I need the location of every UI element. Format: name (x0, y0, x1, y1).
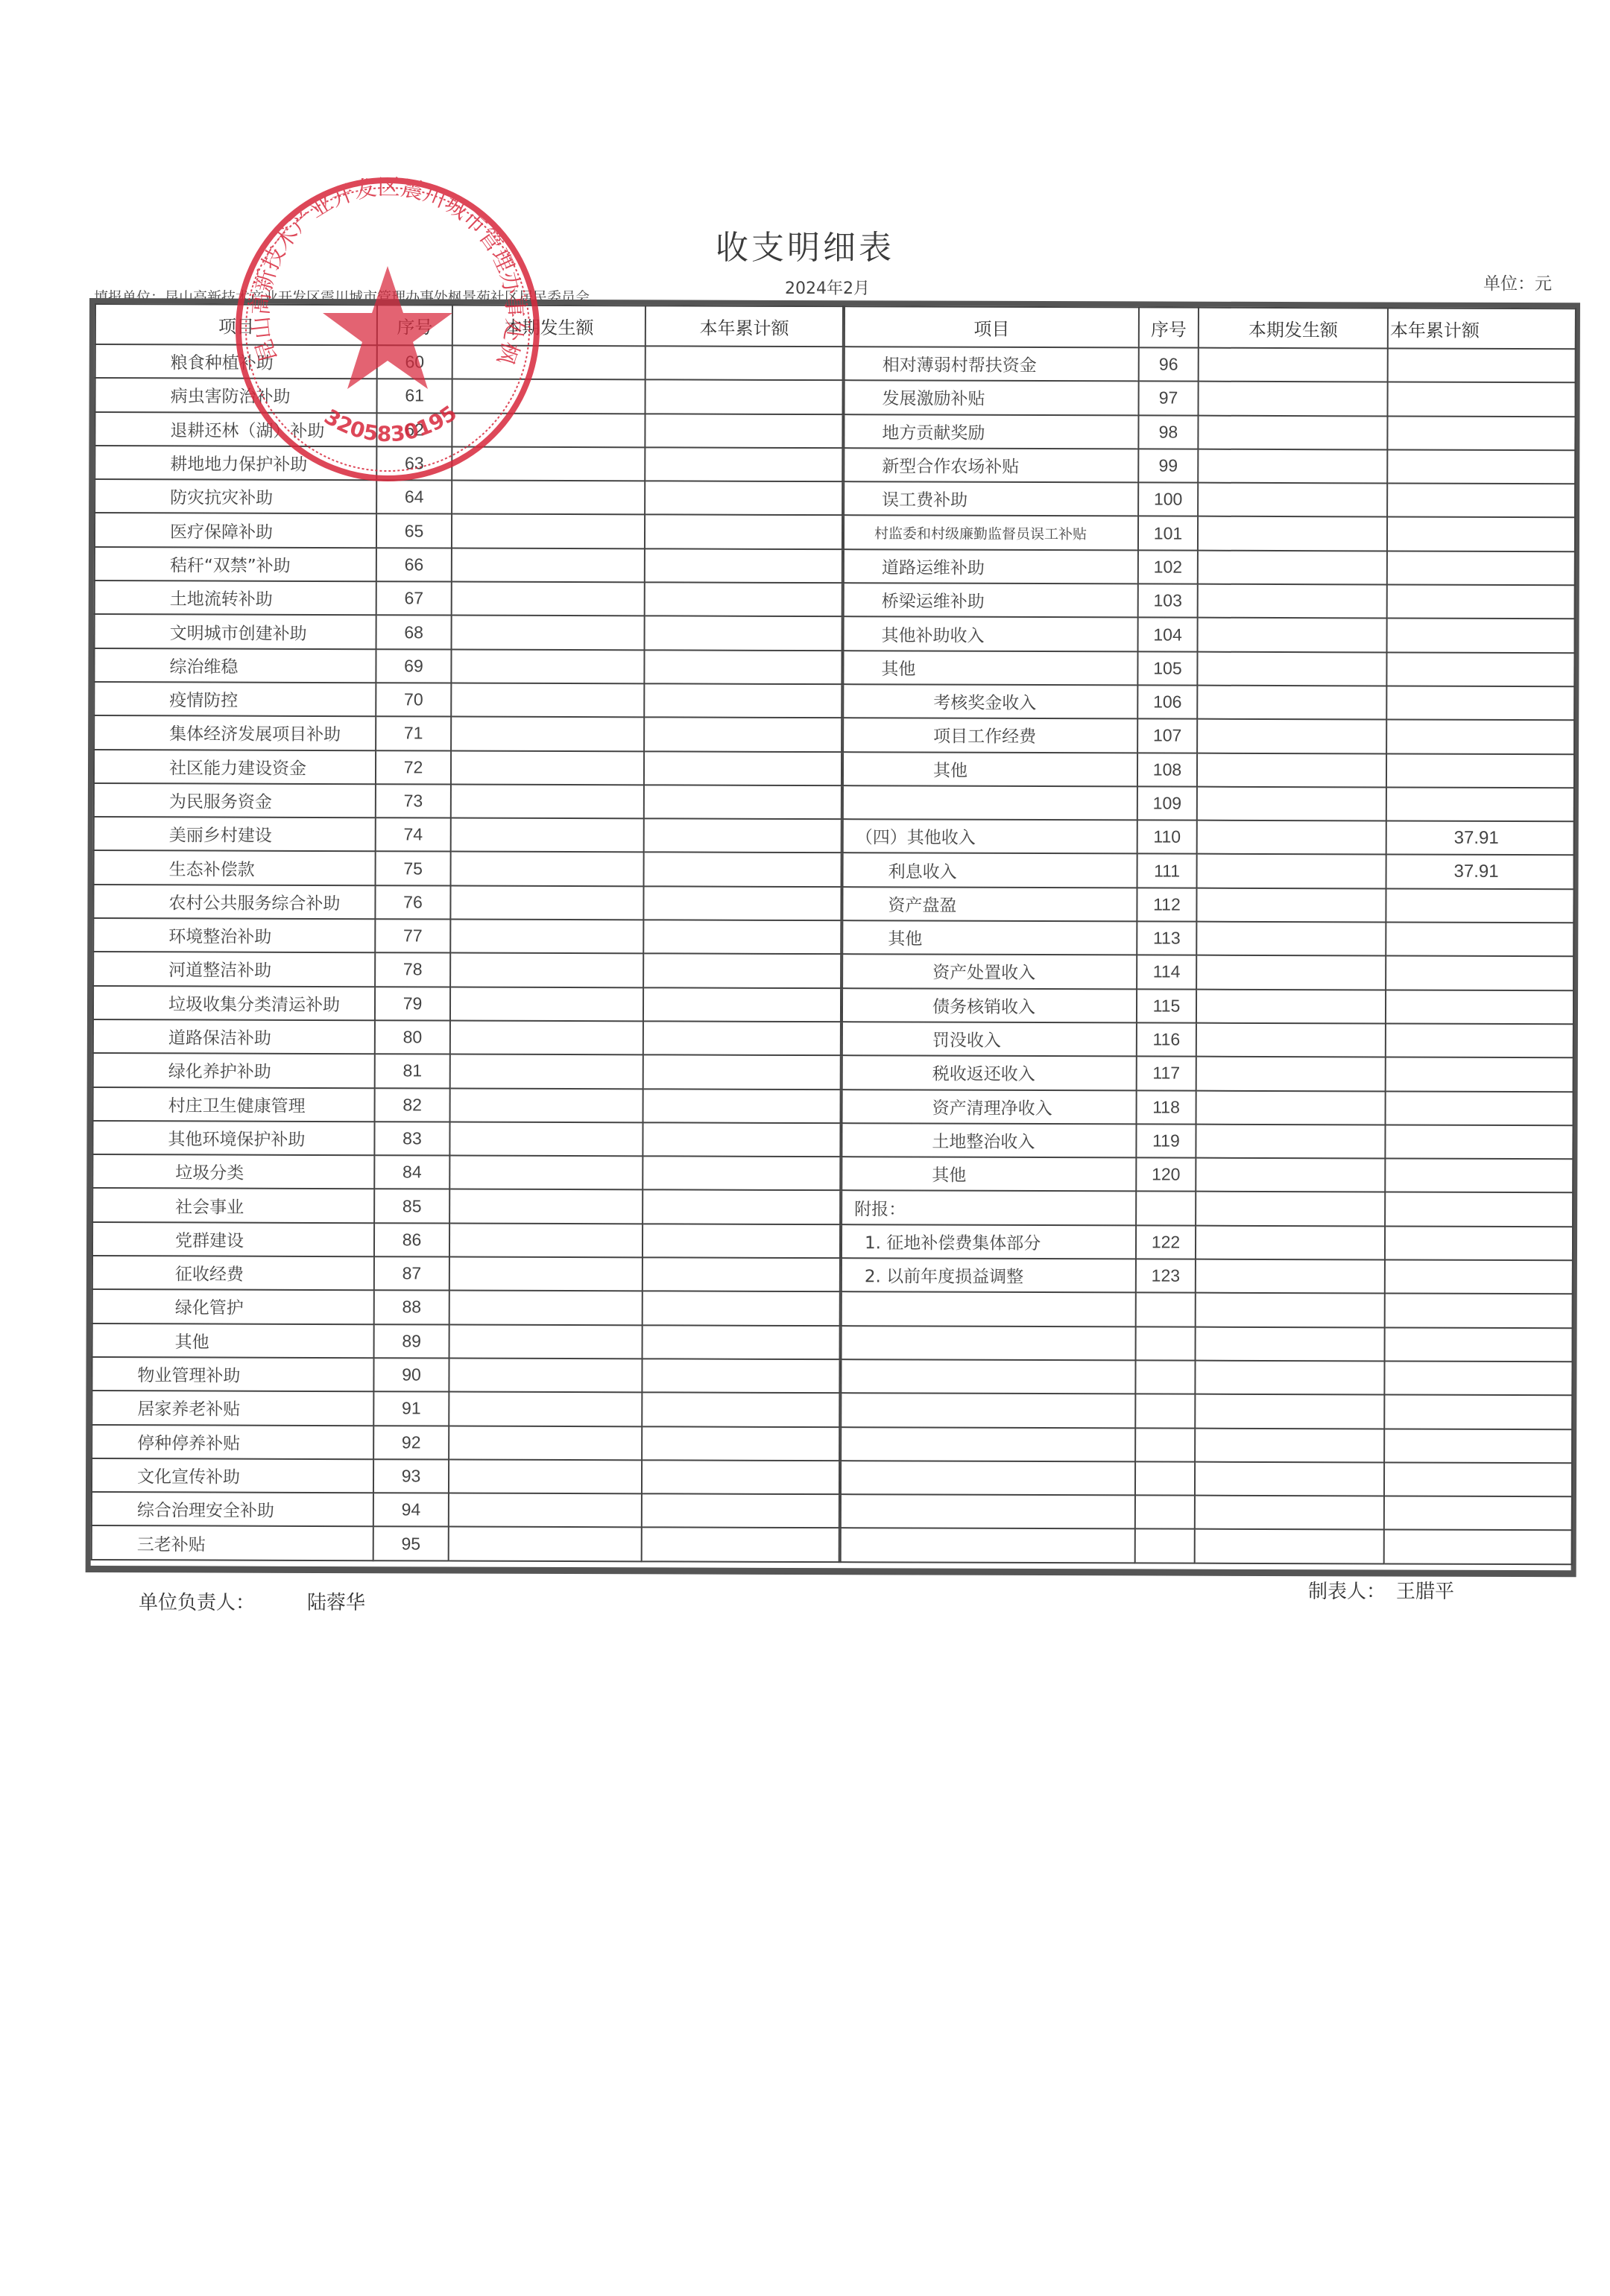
ytd-amount-cell (643, 1021, 841, 1055)
current-amount-cell (1197, 719, 1386, 753)
current-amount-cell (449, 1426, 643, 1460)
ytd-amount-cell (642, 1493, 839, 1528)
ytd-amount-cell (643, 987, 841, 1022)
table-row: 河道整洁补助78 (93, 952, 841, 987)
current-amount-cell (1198, 516, 1387, 551)
seq-cell: 99 (1138, 449, 1198, 483)
unit-leader: 单位负责人：陆蓉华 (139, 1587, 365, 1615)
item-cell: 地方贡献奖励 (844, 414, 1138, 449)
table-row (841, 1528, 1572, 1564)
seq-cell: 73 (376, 784, 451, 818)
ytd-amount-cell (643, 1325, 840, 1359)
table-row: 村监委和村级廉勤监督员误工补贴101 (844, 516, 1575, 551)
left-table-body: 粮食种植补助60病虫害防治补助61退耕还林（湖）补助62耕地地力保护补助63防灾… (92, 344, 843, 1562)
table-row: 其他113 (842, 920, 1573, 956)
current-amount-cell (449, 1459, 643, 1493)
current-amount-cell (1198, 584, 1387, 619)
ytd-amount-cell (1386, 1091, 1573, 1125)
ytd-amount-cell (1388, 382, 1576, 417)
item-cell: 河道整洁补助 (93, 952, 375, 986)
ytd-amount-cell (643, 1393, 840, 1427)
seq-cell: 110 (1137, 820, 1197, 855)
item-cell: 其他 (92, 1323, 374, 1358)
ytd-amount-cell (643, 1156, 841, 1190)
item-cell: 退耕还林（湖）补助 (95, 412, 376, 446)
item-cell: 桥梁运维补助 (844, 583, 1138, 618)
current-amount-cell (1197, 854, 1386, 888)
item-cell: 其他 (843, 651, 1137, 686)
table-row: 地方贡献奖励98 (844, 414, 1575, 450)
table-row: 综治维稳69 (94, 648, 842, 684)
current-amount-cell (1195, 1394, 1384, 1429)
seq-cell: 65 (376, 514, 452, 548)
seq-cell: 96 (1139, 347, 1199, 382)
seq-cell: 120 (1136, 1158, 1196, 1192)
current-amount-cell (1197, 787, 1386, 821)
item-cell: 道路保洁补助 (93, 1019, 375, 1054)
seq-cell: 67 (376, 581, 452, 616)
table-row: 道路运维补助102 (844, 549, 1575, 585)
table-row: 绿化养护补助81 (93, 1053, 841, 1089)
seq-cell: 88 (374, 1291, 449, 1325)
seq-cell: 63 (376, 446, 452, 481)
item-cell: 防灾抗灾补助 (95, 479, 376, 513)
current-amount-cell (1197, 651, 1386, 686)
table-row: 美丽乡村建设74 (94, 817, 842, 853)
seq-cell: 104 (1138, 618, 1198, 652)
seq-cell: 122 (1136, 1225, 1196, 1259)
seq-cell: 103 (1138, 584, 1198, 618)
item-cell: 道路运维补助 (844, 549, 1138, 584)
header-seq: 序号 (1139, 307, 1199, 347)
current-amount-cell (451, 717, 645, 751)
table-row: 耕地地力保护补助63 (95, 446, 842, 481)
item-cell (842, 1291, 1136, 1326)
right-table: 项目 序号 本期发生额 本年累计额 相对薄弱村帮扶资金96发展激励补贴97地方贡… (840, 306, 1575, 1565)
ytd-amount-cell (1386, 652, 1574, 686)
table-row: 防灾抗灾补助64 (95, 479, 842, 515)
current-amount-cell (451, 784, 645, 818)
item-cell (841, 1359, 1135, 1394)
seq-cell: 85 (374, 1189, 449, 1224)
item-cell: （四）其他收入 (843, 819, 1137, 854)
current-amount-cell (452, 413, 645, 447)
seq-cell: 89 (374, 1324, 449, 1359)
ytd-amount-cell (1385, 1192, 1573, 1227)
item-cell: 其他补助收入 (844, 617, 1138, 652)
seq-cell (1135, 1360, 1195, 1394)
seq-cell: 119 (1136, 1124, 1196, 1158)
item-cell: 美丽乡村建设 (94, 817, 376, 851)
current-amount-cell (1198, 449, 1387, 484)
table-row: 新型合作农场补贴99 (844, 448, 1575, 484)
seq-cell (1136, 1293, 1196, 1327)
seq-cell: 71 (376, 716, 451, 750)
seq-cell: 94 (373, 1493, 449, 1527)
ytd-amount-cell (1386, 956, 1573, 990)
ytd-amount-cell (644, 718, 842, 752)
current-amount-cell (450, 852, 644, 886)
ytd-amount-cell (1387, 619, 1575, 653)
table-row: 债务核销收入115 (842, 988, 1573, 1024)
ytd-amount-cell (643, 954, 841, 988)
ytd-amount-cell (1385, 1327, 1573, 1362)
table-row: 垃圾收集分类清运补助79 (93, 986, 841, 1022)
current-amount-cell (449, 1358, 643, 1392)
seq-cell (1135, 1529, 1195, 1563)
table-row: 社区能力建设资金72 (94, 750, 842, 785)
item-cell: 秸秆“双禁”补助 (95, 547, 376, 581)
header-current: 本期发生额 (1199, 308, 1388, 349)
current-amount-cell (1199, 382, 1388, 416)
unit-leader-name: 陆蓉华 (307, 1592, 365, 1614)
table-row: 其他120 (842, 1157, 1573, 1192)
header-seq: 序号 (377, 305, 452, 345)
item-cell: 绿化管护 (92, 1289, 374, 1323)
header-item: 项目 (95, 304, 377, 345)
table-row: 其他补助收入104 (844, 617, 1575, 653)
item-cell: 疫情防控 (94, 682, 376, 716)
table-row: 生态补偿款75 (94, 850, 842, 886)
seq-cell: 117 (1137, 1057, 1196, 1091)
current-amount-cell (1198, 483, 1387, 517)
ytd-amount-cell (645, 346, 843, 380)
seq-cell: 66 (376, 548, 452, 582)
item-cell: 党群建设 (92, 1222, 374, 1256)
seq-cell: 111 (1137, 854, 1197, 888)
table-row: 其他89 (92, 1323, 840, 1359)
ytd-amount-cell (645, 650, 842, 684)
table-row: 党群建设86 (92, 1222, 840, 1258)
item-cell: 病虫害防治补助 (95, 378, 377, 412)
seq-cell (1135, 1428, 1195, 1462)
item-cell: 三老补贴 (92, 1525, 373, 1560)
table-row: 环境整治补助77 (93, 918, 841, 954)
seq-cell: 90 (374, 1358, 449, 1392)
table-row: 社会事业85 (92, 1188, 840, 1224)
ytd-amount-cell (643, 1359, 840, 1393)
seq-cell: 61 (377, 379, 452, 414)
current-amount-cell (452, 481, 645, 515)
current-amount-cell (450, 1054, 644, 1089)
current-amount-cell (451, 683, 645, 717)
current-amount-cell (449, 1223, 643, 1257)
ytd-amount-cell (644, 785, 842, 819)
right-table-body: 相对薄弱村帮扶资金96发展激励补贴97地方贡献奖励98新型合作农场补贴99误工费… (841, 347, 1576, 1564)
current-amount-cell (1196, 1326, 1385, 1361)
left-table: 项目 序号 本期发生额 本年累计额 粮食种植补助60病虫害防治补助61退耕还林（… (91, 303, 844, 1563)
seq-cell: 79 (375, 987, 450, 1021)
current-amount-cell (1197, 820, 1386, 855)
table-row (841, 1393, 1572, 1429)
ytd-amount-cell (645, 616, 842, 651)
ytd-amount-cell (643, 1055, 841, 1090)
preparer-name: 王腊平 (1396, 1581, 1454, 1603)
ytd-amount-cell (1387, 416, 1575, 450)
item-cell: 其他 (842, 920, 1137, 955)
item-cell: 文明城市创建补助 (95, 614, 376, 648)
item-cell: 粮食种植补助 (95, 344, 377, 379)
currency-unit: 单位：元 (1483, 270, 1552, 294)
table-row: 医疗保障补助65 (95, 513, 842, 549)
item-cell: 资产清理净收入 (842, 1090, 1137, 1125)
seq-cell: 68 (376, 616, 452, 650)
current-amount-cell (1195, 1529, 1384, 1563)
current-amount-cell (1195, 1428, 1384, 1462)
item-cell: 相对薄弱村帮扶资金 (845, 347, 1139, 382)
header-current: 本期发生额 (452, 306, 646, 347)
ytd-amount-cell (1385, 1226, 1573, 1260)
item-cell: 利息收入 (843, 853, 1137, 888)
ytd-amount-cell (644, 751, 842, 785)
seq-cell: 97 (1139, 382, 1199, 416)
ytd-amount-cell (645, 447, 843, 481)
ytd-amount-cell (643, 1257, 840, 1291)
item-cell: 2. 以前年度损益调整 (842, 1258, 1136, 1293)
item-cell: 生态补偿款 (94, 850, 376, 885)
table-row: 资产处置收入114 (842, 955, 1573, 990)
item-cell: 村庄卫生健康管理 (93, 1087, 375, 1122)
header-row: 项目 序号 本期发生额 本年累计额 (95, 304, 843, 347)
item-cell: 土地整治收入 (842, 1123, 1136, 1158)
table-row: 农村公共服务综合补助76 (93, 885, 841, 920)
ytd-amount-cell (642, 1460, 839, 1494)
item-cell (841, 1494, 1135, 1529)
ytd-amount-cell (1386, 720, 1574, 754)
current-amount-cell (1196, 1090, 1386, 1125)
current-amount-cell (449, 1324, 643, 1359)
current-amount-cell (1195, 1361, 1384, 1395)
item-cell: 发展激励补贴 (845, 380, 1139, 415)
ytd-amount-cell (645, 481, 842, 516)
ytd-amount-cell (1384, 1530, 1572, 1564)
ytd-amount-cell (643, 1089, 841, 1123)
ytd-amount-cell (644, 886, 842, 920)
item-cell: 综治维稳 (94, 648, 376, 683)
table-row: 综合治理安全补助94 (92, 1492, 839, 1528)
current-amount-cell (449, 1291, 643, 1325)
item-cell: 社会事业 (92, 1188, 374, 1222)
current-amount-cell (449, 1088, 643, 1122)
ytd-amount-cell (1385, 1159, 1573, 1193)
item-cell: 垃圾分类 (92, 1154, 374, 1189)
seq-cell: 77 (375, 919, 450, 953)
current-amount-cell (1195, 1461, 1384, 1496)
seq-cell: 98 (1138, 415, 1198, 449)
header-ytd: 本年累计额 (1388, 308, 1576, 349)
current-amount-cell (450, 1020, 644, 1054)
table-row: 其他105 (843, 651, 1574, 686)
header-row: 项目 序号 本期发生额 本年累计额 (845, 306, 1576, 349)
table-row: 相对薄弱村帮扶资金96 (845, 347, 1576, 382)
ytd-amount-cell (645, 548, 842, 583)
seq-cell: 116 (1137, 1022, 1196, 1057)
table-row: 物业管理补助90 (92, 1357, 839, 1393)
seq-cell: 92 (373, 1426, 449, 1460)
ytd-amount-cell (1388, 348, 1576, 382)
ytd-amount-cell (642, 1426, 839, 1461)
table-row: 退耕还林（湖）补助62 (95, 412, 842, 448)
ytd-amount-cell (1386, 1023, 1573, 1057)
table-row: 为民服务资金73 (94, 783, 842, 819)
seq-cell (1136, 1326, 1196, 1361)
seq-cell: 118 (1137, 1090, 1196, 1125)
table-row: 利息收入11137.91 (843, 853, 1574, 889)
ytd-amount-cell (1386, 753, 1574, 788)
item-cell: 环境整治补助 (93, 918, 375, 952)
table-row: 三老补贴95 (92, 1525, 839, 1561)
current-amount-cell (452, 379, 645, 414)
seq-cell: 81 (375, 1054, 450, 1088)
ytd-amount-cell (1385, 1294, 1573, 1328)
ytd-amount-cell (645, 683, 842, 718)
table-row: 文化宣传补助93 (92, 1458, 839, 1494)
table-row: 109 (843, 785, 1574, 821)
ytd-amount-cell (1384, 1395, 1572, 1429)
current-amount-cell (451, 750, 645, 785)
table-row (841, 1461, 1572, 1496)
ytd-amount-cell (1387, 517, 1575, 551)
ytd-amount-cell (643, 1291, 840, 1326)
current-amount-cell (450, 920, 644, 954)
seq-cell: 69 (376, 649, 452, 683)
current-amount-cell (1197, 753, 1386, 787)
table-row: 其他108 (843, 752, 1574, 788)
seq-cell: 100 (1138, 483, 1198, 517)
item-cell: 文化宣传补助 (92, 1458, 373, 1493)
current-amount-cell (449, 1493, 643, 1528)
current-amount-cell (452, 582, 645, 616)
current-amount-cell (452, 346, 646, 380)
seq-cell: 106 (1137, 685, 1197, 719)
table-row: 土地整治收入119 (842, 1123, 1573, 1159)
table-row: 集体经济发展项目补助71 (94, 715, 842, 751)
ytd-amount-cell (643, 1122, 841, 1157)
current-amount-cell (450, 953, 644, 987)
item-cell: 停种停养补贴 (92, 1425, 373, 1459)
seq-cell: 109 (1137, 786, 1197, 820)
item-cell: 绿化养护补助 (93, 1053, 375, 1087)
table-row: （四）其他收入11037.91 (843, 819, 1574, 855)
table-row: 文明城市创建补助68 (95, 614, 842, 650)
table-row (841, 1494, 1572, 1530)
item-cell: 土地流转补助 (95, 581, 376, 615)
seq-cell: 115 (1137, 989, 1196, 1023)
table-row: 误工费补助100 (844, 481, 1575, 517)
seq-cell (1136, 1192, 1196, 1226)
current-amount-cell (449, 1156, 643, 1190)
ytd-amount-cell (642, 1528, 839, 1562)
seq-cell: 62 (377, 413, 452, 447)
table-row: 秸秆“双禁”补助66 (95, 547, 842, 583)
item-cell: 项目工作经费 (843, 718, 1137, 753)
seq-cell: 107 (1137, 719, 1197, 753)
ytd-amount-cell: 37.91 (1386, 855, 1574, 889)
table-row: 桥梁运维补助103 (844, 583, 1575, 619)
ytd-amount-cell: 37.91 (1386, 821, 1574, 856)
table-row: 1. 征地补偿费集体部分122 (842, 1224, 1573, 1260)
item-cell (841, 1393, 1135, 1428)
current-amount-cell (451, 616, 645, 650)
current-amount-cell (1196, 922, 1386, 956)
seq-cell: 95 (373, 1527, 449, 1561)
table-row: 疫情防控70 (94, 682, 842, 718)
seq-cell: 112 (1137, 888, 1196, 922)
seq-cell: 72 (376, 750, 451, 785)
ytd-amount-cell (1386, 990, 1573, 1024)
item-cell: 征收经费 (92, 1256, 374, 1290)
ytd-amount-cell (643, 1224, 840, 1258)
ytd-amount-cell (644, 853, 842, 887)
item-cell: 误工费补助 (844, 481, 1138, 516)
seq-cell (1135, 1461, 1195, 1496)
item-cell: 集体经济发展项目补助 (94, 715, 376, 750)
current-amount-cell (452, 548, 645, 582)
current-amount-cell (1196, 1057, 1386, 1091)
header-ytd: 本年累计额 (645, 306, 843, 347)
ytd-amount-cell (1384, 1429, 1572, 1463)
seq-cell: 82 (375, 1088, 450, 1122)
item-cell: 其他 (843, 752, 1137, 787)
seq-cell: 80 (375, 1020, 450, 1054)
preparer-label: 制表人： (1308, 1581, 1386, 1603)
item-cell (841, 1461, 1135, 1496)
ytd-amount-cell (645, 515, 842, 549)
item-cell: 1. 征地补偿费集体部分 (842, 1224, 1136, 1259)
preparer: 制表人：王腊平 (1308, 1576, 1454, 1604)
seq-cell: 108 (1137, 753, 1197, 787)
current-amount-cell (450, 987, 644, 1021)
current-amount-cell (451, 649, 645, 683)
table-row: 项目工作经费107 (843, 718, 1574, 753)
current-amount-cell (449, 1527, 643, 1561)
ytd-amount-cell (1384, 1361, 1572, 1395)
ytd-amount-cell (645, 380, 843, 414)
table-row: 病虫害防治补助61 (95, 378, 843, 414)
item-cell (841, 1528, 1135, 1563)
item-cell (842, 1326, 1136, 1361)
seq-cell: 84 (374, 1155, 449, 1189)
seq-cell: 105 (1137, 651, 1197, 686)
table-row: 道路保洁补助80 (93, 1019, 841, 1055)
current-amount-cell (1196, 955, 1386, 990)
table-row: 税收返还收入117 (842, 1055, 1573, 1091)
seq-cell: 86 (374, 1223, 449, 1257)
item-cell: 资产处置收入 (842, 955, 1137, 990)
seq-cell: 101 (1138, 516, 1198, 551)
page-title: 收支明细表 (0, 221, 1610, 268)
table-row: 停种停养补贴92 (92, 1425, 839, 1461)
current-amount-cell (1196, 1259, 1385, 1294)
table-row: 罚没收入116 (842, 1022, 1573, 1057)
current-amount-cell (1196, 989, 1386, 1023)
item-cell: 物业管理补助 (92, 1357, 373, 1391)
current-amount-cell (1198, 415, 1387, 449)
current-amount-cell (1198, 550, 1387, 584)
table-row: 考核奖金收入106 (843, 684, 1574, 720)
seq-cell: 93 (373, 1459, 449, 1493)
seq-cell: 91 (373, 1391, 449, 1426)
current-amount-cell (449, 1257, 643, 1291)
item-cell: 居家养老补贴 (92, 1391, 373, 1425)
current-amount-cell (451, 818, 645, 853)
current-amount-cell (449, 1122, 643, 1156)
table-row: 垃圾分类84 (92, 1154, 840, 1190)
seq-cell: 87 (374, 1256, 449, 1291)
table-row: 资产清理净收入118 (842, 1090, 1573, 1125)
item-cell: 新型合作农场补贴 (844, 448, 1138, 483)
item-cell: 农村公共服务综合补助 (93, 885, 375, 919)
